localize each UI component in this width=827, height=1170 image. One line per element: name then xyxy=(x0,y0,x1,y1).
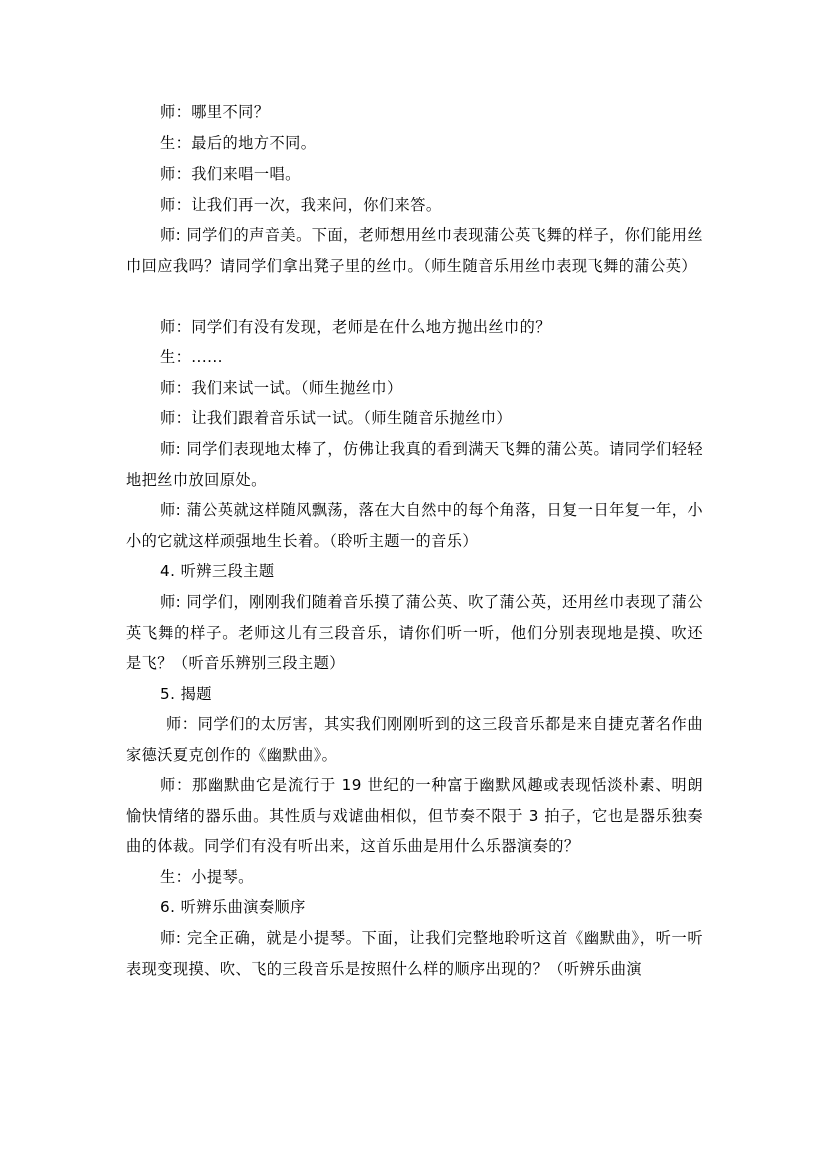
paragraph-teacher-try: 师：我们来试一试。（师生抛丝巾） xyxy=(126,373,703,404)
paragraph-teacher-try-music: 师：让我们跟着音乐试一试。（师生随音乐抛丝巾） xyxy=(126,403,703,434)
paragraph-teacher-sing: 师：我们来唱一唱。 xyxy=(126,159,703,190)
paragraph-teacher-reveal: 师：同学们的太厉害，其实我们刚刚听到的这三段音乐都是来自捷克著名作曲家德沃夏克创… xyxy=(126,709,703,770)
paragraph-teacher-discover: 师：同学们有没有发现，老师是在什么地方抛出丝巾的？ xyxy=(126,312,703,343)
paragraph-teacher-humoresque: 师：那幽默曲它是流行于 19 世纪的一种富于幽默风趣或表现恬淡朴素、明朗愉快情绪… xyxy=(126,770,703,862)
paragraph-teacher-praise: 师: 同学们表现地太棒了，仿佛让我真的看到满天飞舞的蒲公英。请同学们轻轻地把丝巾… xyxy=(126,434,703,495)
paragraph-student-violin: 生：小提琴。 xyxy=(126,862,703,893)
paragraph-student-ellipsis: 生：...... xyxy=(126,342,703,373)
section-heading-5: 5. 揭题 xyxy=(126,679,703,710)
paragraph-teacher-three-themes: 师: 同学们，刚刚我们随着音乐摸了蒲公英、吹了蒲公英，还用丝巾表现了蒲公英飞舞的… xyxy=(126,587,703,679)
paragraph-teacher-dandelion: 师: 蒲公英就这样随风飘荡，落在大自然中的每个角落，日复一日年复一年，小小的它就… xyxy=(126,495,703,556)
paragraph-teacher-question: 师：哪里不同？ xyxy=(126,97,703,128)
paragraph-teacher-silk-scarf: 师: 同学们的声音美。下面，老师想用丝巾表现蒲公英飞舞的样子，你们能用丝巾回应我… xyxy=(126,220,703,281)
section-heading-6: 6. 听辨乐曲演奏顺序 xyxy=(126,892,703,923)
paragraph-teacher-again: 师：让我们再一次，我来问，你们来答。 xyxy=(126,190,703,221)
paragraph-student-answer: 生：最后的地方不同。 xyxy=(126,128,703,159)
section-heading-4: 4. 听辨三段主题 xyxy=(126,556,703,587)
paragraph-teacher-order: 师: 完全正确，就是小提琴。下面，让我们完整地聆听这首《幽默曲》，听一听表现变现… xyxy=(126,923,703,984)
